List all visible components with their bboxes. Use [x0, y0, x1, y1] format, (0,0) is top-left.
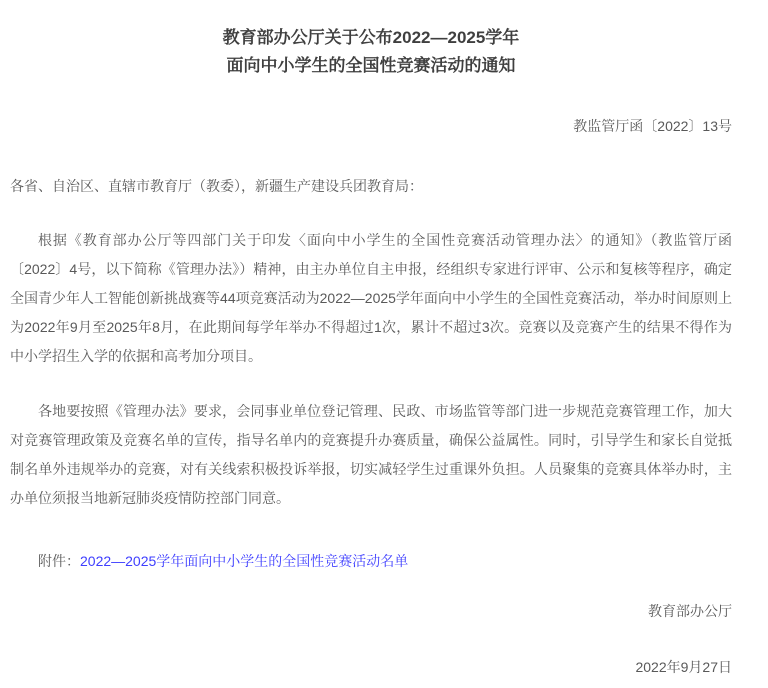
document-number: 教监管厅函〔2022〕13号 [10, 116, 732, 136]
attachment-label: 附件： [38, 553, 80, 569]
attachment-link[interactable]: 2022—2025学年面向中小学生的全国性竞赛活动名单 [80, 553, 408, 569]
document-title-line1: 教育部办公厅关于公布2022—2025学年 [10, 24, 732, 52]
body-paragraph-1: 根据《教育部办公厅等四部门关于印发〈面向中小学生的全国性竞赛活动管理办法〉的通知… [10, 226, 732, 371]
addressee-line: 各省、自治区、直辖市教育厅（教委），新疆生产建设兵团教育局： [10, 172, 732, 200]
attachment-line: 附件：2022—2025学年面向中小学生的全国性竞赛活动名单 [10, 547, 732, 575]
document-title-line2: 面向中小学生的全国性竞赛活动的通知 [10, 52, 732, 80]
document-title: 教育部办公厅关于公布2022—2025学年 面向中小学生的全国性竞赛活动的通知 [10, 24, 732, 80]
notice-document: 教育部办公厅关于公布2022—2025学年 面向中小学生的全国性竞赛活动的通知 … [0, 0, 768, 688]
signature-date: 2022年9月27日 [10, 653, 732, 681]
signature-organization: 教育部办公厅 [10, 597, 732, 625]
body-paragraph-2: 各地要按照《管理办法》要求，会同事业单位登记管理、民政、市场监管等部门进一步规范… [10, 397, 732, 513]
